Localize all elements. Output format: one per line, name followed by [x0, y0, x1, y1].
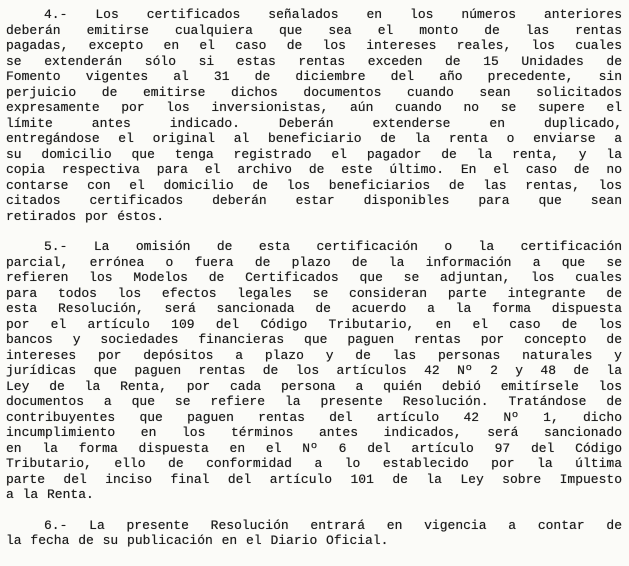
text-line: parcial, errónea o fuera de plazo de la … [6, 255, 622, 271]
text-line: esta Resolución, será sancionada de acue… [6, 301, 622, 317]
text-line: la fecha de su publicación en el Diario … [6, 533, 622, 549]
text-line: intereses por depósitos a plazo y de las… [6, 348, 622, 364]
text-line: Fomento vigentes al 31 de diciembre del … [6, 69, 622, 85]
text-line: refieren los Modelos de Certificados que… [6, 270, 622, 286]
text-line: citados certificados deberán estar dispo… [6, 193, 622, 209]
document-page: 4.- Los certificados señalados en los nú… [0, 0, 629, 566]
text-line: 5.- La omisión de esta certificación o l… [6, 239, 622, 255]
text-line: a la Renta. [6, 487, 622, 503]
text-line: documentos a que se refiere la presente … [6, 394, 622, 410]
text-line: pagadas, excepto en el caso de los inter… [6, 38, 622, 54]
text-line: por el artículo 109 del Código Tributari… [6, 317, 622, 333]
text-line: entregándose el original al beneficiario… [6, 131, 622, 147]
text-line: jurídicas que paguen rentas de los artíc… [6, 363, 622, 379]
text-line: para todos los efectos legales se consid… [6, 286, 622, 302]
text-line: se extenderán sólo si estas rentas exced… [6, 54, 622, 70]
text-line: Tributario, ello de conformidad a lo est… [6, 456, 622, 472]
text-line: en la forma dispuesta en el Nº 6 del art… [6, 441, 622, 457]
text-line: Ley de la Renta, por cada persona a quié… [6, 379, 622, 395]
text-line: retirados por éstos. [6, 209, 622, 225]
paragraph-6: 6.- La presente Resolución entrará en vi… [6, 518, 622, 549]
text-line: parte del inciso final del artículo 101 … [6, 472, 622, 488]
text-line: contarse con el domicilio de los benefic… [6, 178, 622, 194]
text-line: límite antes indicado. Deberán extenders… [6, 116, 622, 132]
text-line: 6.- La presente Resolución entrará en vi… [6, 518, 622, 534]
paragraph-4: 4.- Los certificados señalados en los nú… [6, 7, 622, 224]
text-line: incumplimiento en los términos antes ind… [6, 425, 622, 441]
text-line: expresamente por los inversionistas, aún… [6, 100, 622, 116]
text-line: deberán emitirse cualquiera que sea el m… [6, 23, 622, 39]
text-line: su domicilio que tenga registrado el pag… [6, 147, 622, 163]
text-line: contribuyentes que paguen rentas del art… [6, 410, 622, 426]
text-line: bancos y sociedades financieras que pagu… [6, 332, 622, 348]
paragraph-5: 5.- La omisión de esta certificación o l… [6, 239, 622, 503]
text-line: 4.- Los certificados señalados en los nú… [6, 7, 622, 23]
text-line: perjuicio de emitirse dichos documentos … [6, 85, 622, 101]
text-line: copia respectiva para el archivo de este… [6, 162, 622, 178]
